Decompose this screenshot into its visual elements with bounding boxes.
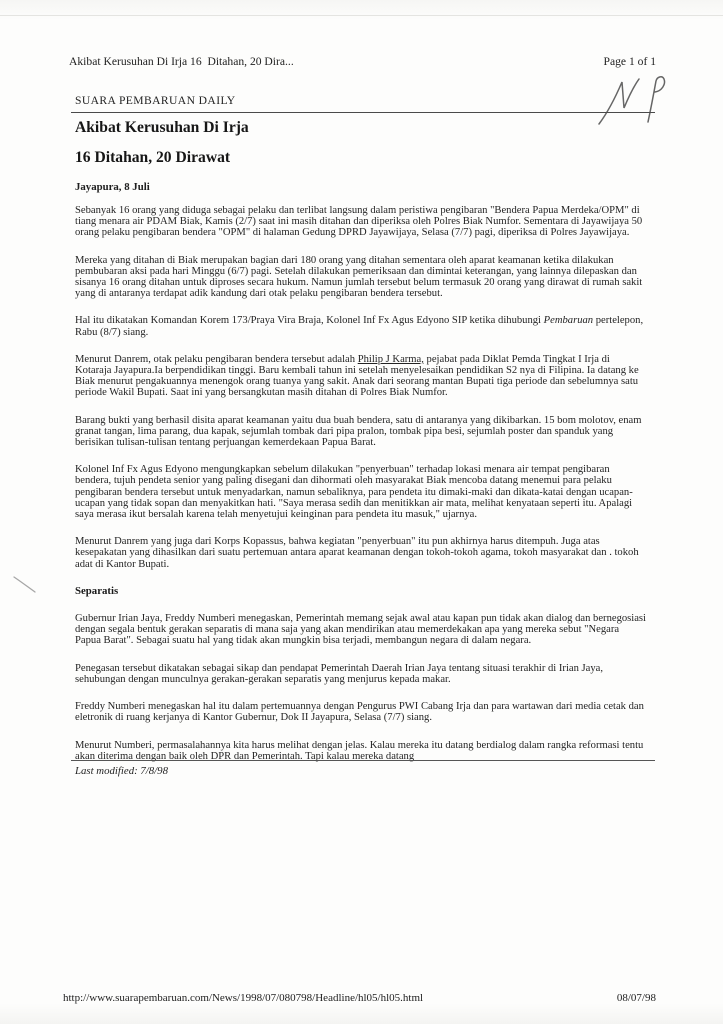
text-run: Menurut Danrem yang juga dari Korps Kopa… bbox=[75, 536, 639, 569]
article-paragraph: Menurut Numberi, permasalahannya kita ha… bbox=[75, 740, 647, 762]
article-paragraph: Hal itu dikatakan Komandan Korem 173/Pra… bbox=[75, 315, 647, 337]
text-run: Mereka yang ditahan di Biak merupakan ba… bbox=[75, 255, 642, 300]
article-dateline: Jayapura, 8 Juli bbox=[75, 181, 150, 193]
text-run-italic: Pembaruan bbox=[544, 315, 593, 326]
print-header-title: Akibat Kerusuhan Di Irja 16 Ditahan, 20 … bbox=[69, 55, 294, 68]
print-header-page-indicator: Page 1 of 1 bbox=[604, 55, 656, 68]
text-run: Gubernur Irian Jaya, Freddy Numberi mene… bbox=[75, 613, 646, 646]
handwritten-initials-mark bbox=[596, 74, 671, 129]
article-paragraph: Kolonel Inf Fx Agus Edyono mengungkapkan… bbox=[75, 464, 647, 520]
masthead-divider bbox=[71, 112, 655, 113]
article-body: Sebanyak 16 orang yang diduga sebagai pe… bbox=[75, 205, 647, 778]
print-date: 08/07/98 bbox=[617, 992, 656, 1004]
last-modified-divider bbox=[71, 760, 655, 761]
article-paragraph: Menurut Danrem yang juga dari Korps Kopa… bbox=[75, 536, 647, 570]
text-run: Barang bukti yang berhasil disita aparat… bbox=[75, 415, 642, 448]
print-header: Akibat Kerusuhan Di Irja 16 Ditahan, 20 … bbox=[69, 55, 656, 68]
text-run: Menurut Numberi, permasalahannya kita ha… bbox=[75, 740, 643, 762]
pen-stroke-mark bbox=[12, 574, 38, 596]
article-paragraph: Sebanyak 16 orang yang diduga sebagai pe… bbox=[75, 205, 647, 239]
article-paragraph: Gubernur Irian Jaya, Freddy Numberi mene… bbox=[75, 613, 647, 647]
article-paragraph: Freddy Numberi menegaskan hal itu dalam … bbox=[75, 701, 647, 723]
print-footer: http://www.suarapembaruan.com/News/1998/… bbox=[63, 992, 656, 1004]
text-run: Kolonel Inf Fx Agus Edyono mengungkapkan… bbox=[75, 464, 633, 520]
article-subheadline: 16 Ditahan, 20 Dirawat bbox=[75, 149, 230, 167]
text-run: Menurut Danrem, otak pelaku pengibaran b… bbox=[75, 354, 358, 365]
article-paragraph: Mereka yang ditahan di Biak merupakan ba… bbox=[75, 255, 647, 300]
section-subheading: Separatis bbox=[75, 586, 647, 597]
publication-masthead: SUARA PEMBARUAN DAILY bbox=[75, 94, 236, 107]
article-paragraph: Menurut Danrem, otak pelaku pengibaran b… bbox=[75, 354, 647, 399]
scanned-page: Akibat Kerusuhan Di Irja 16 Ditahan, 20 … bbox=[0, 0, 723, 1024]
article-headline: Akibat Kerusuhan Di Irja bbox=[75, 119, 249, 137]
text-run-underline: Philip J Karma, bbox=[358, 354, 424, 365]
text-run: Separatis bbox=[75, 585, 118, 597]
source-url-text: http://www.suarapembaruan.com/News/1998/… bbox=[63, 992, 423, 1004]
scan-artifact-line bbox=[0, 15, 723, 16]
text-run: Hal itu dikatakan Komandan Korem 173/Pra… bbox=[75, 315, 544, 326]
article-paragraph: Penegasan tersebut dikatakan sebagai sik… bbox=[75, 663, 647, 685]
text-run: Penegasan tersebut dikatakan sebagai sik… bbox=[75, 663, 603, 685]
last-modified-text: Last modified: 7/8/98 bbox=[75, 765, 168, 777]
text-run: Freddy Numberi menegaskan hal itu dalam … bbox=[75, 701, 644, 723]
article-paragraph: Barang bukti yang berhasil disita aparat… bbox=[75, 415, 647, 449]
text-run: Sebanyak 16 orang yang diduga sebagai pe… bbox=[75, 205, 642, 238]
